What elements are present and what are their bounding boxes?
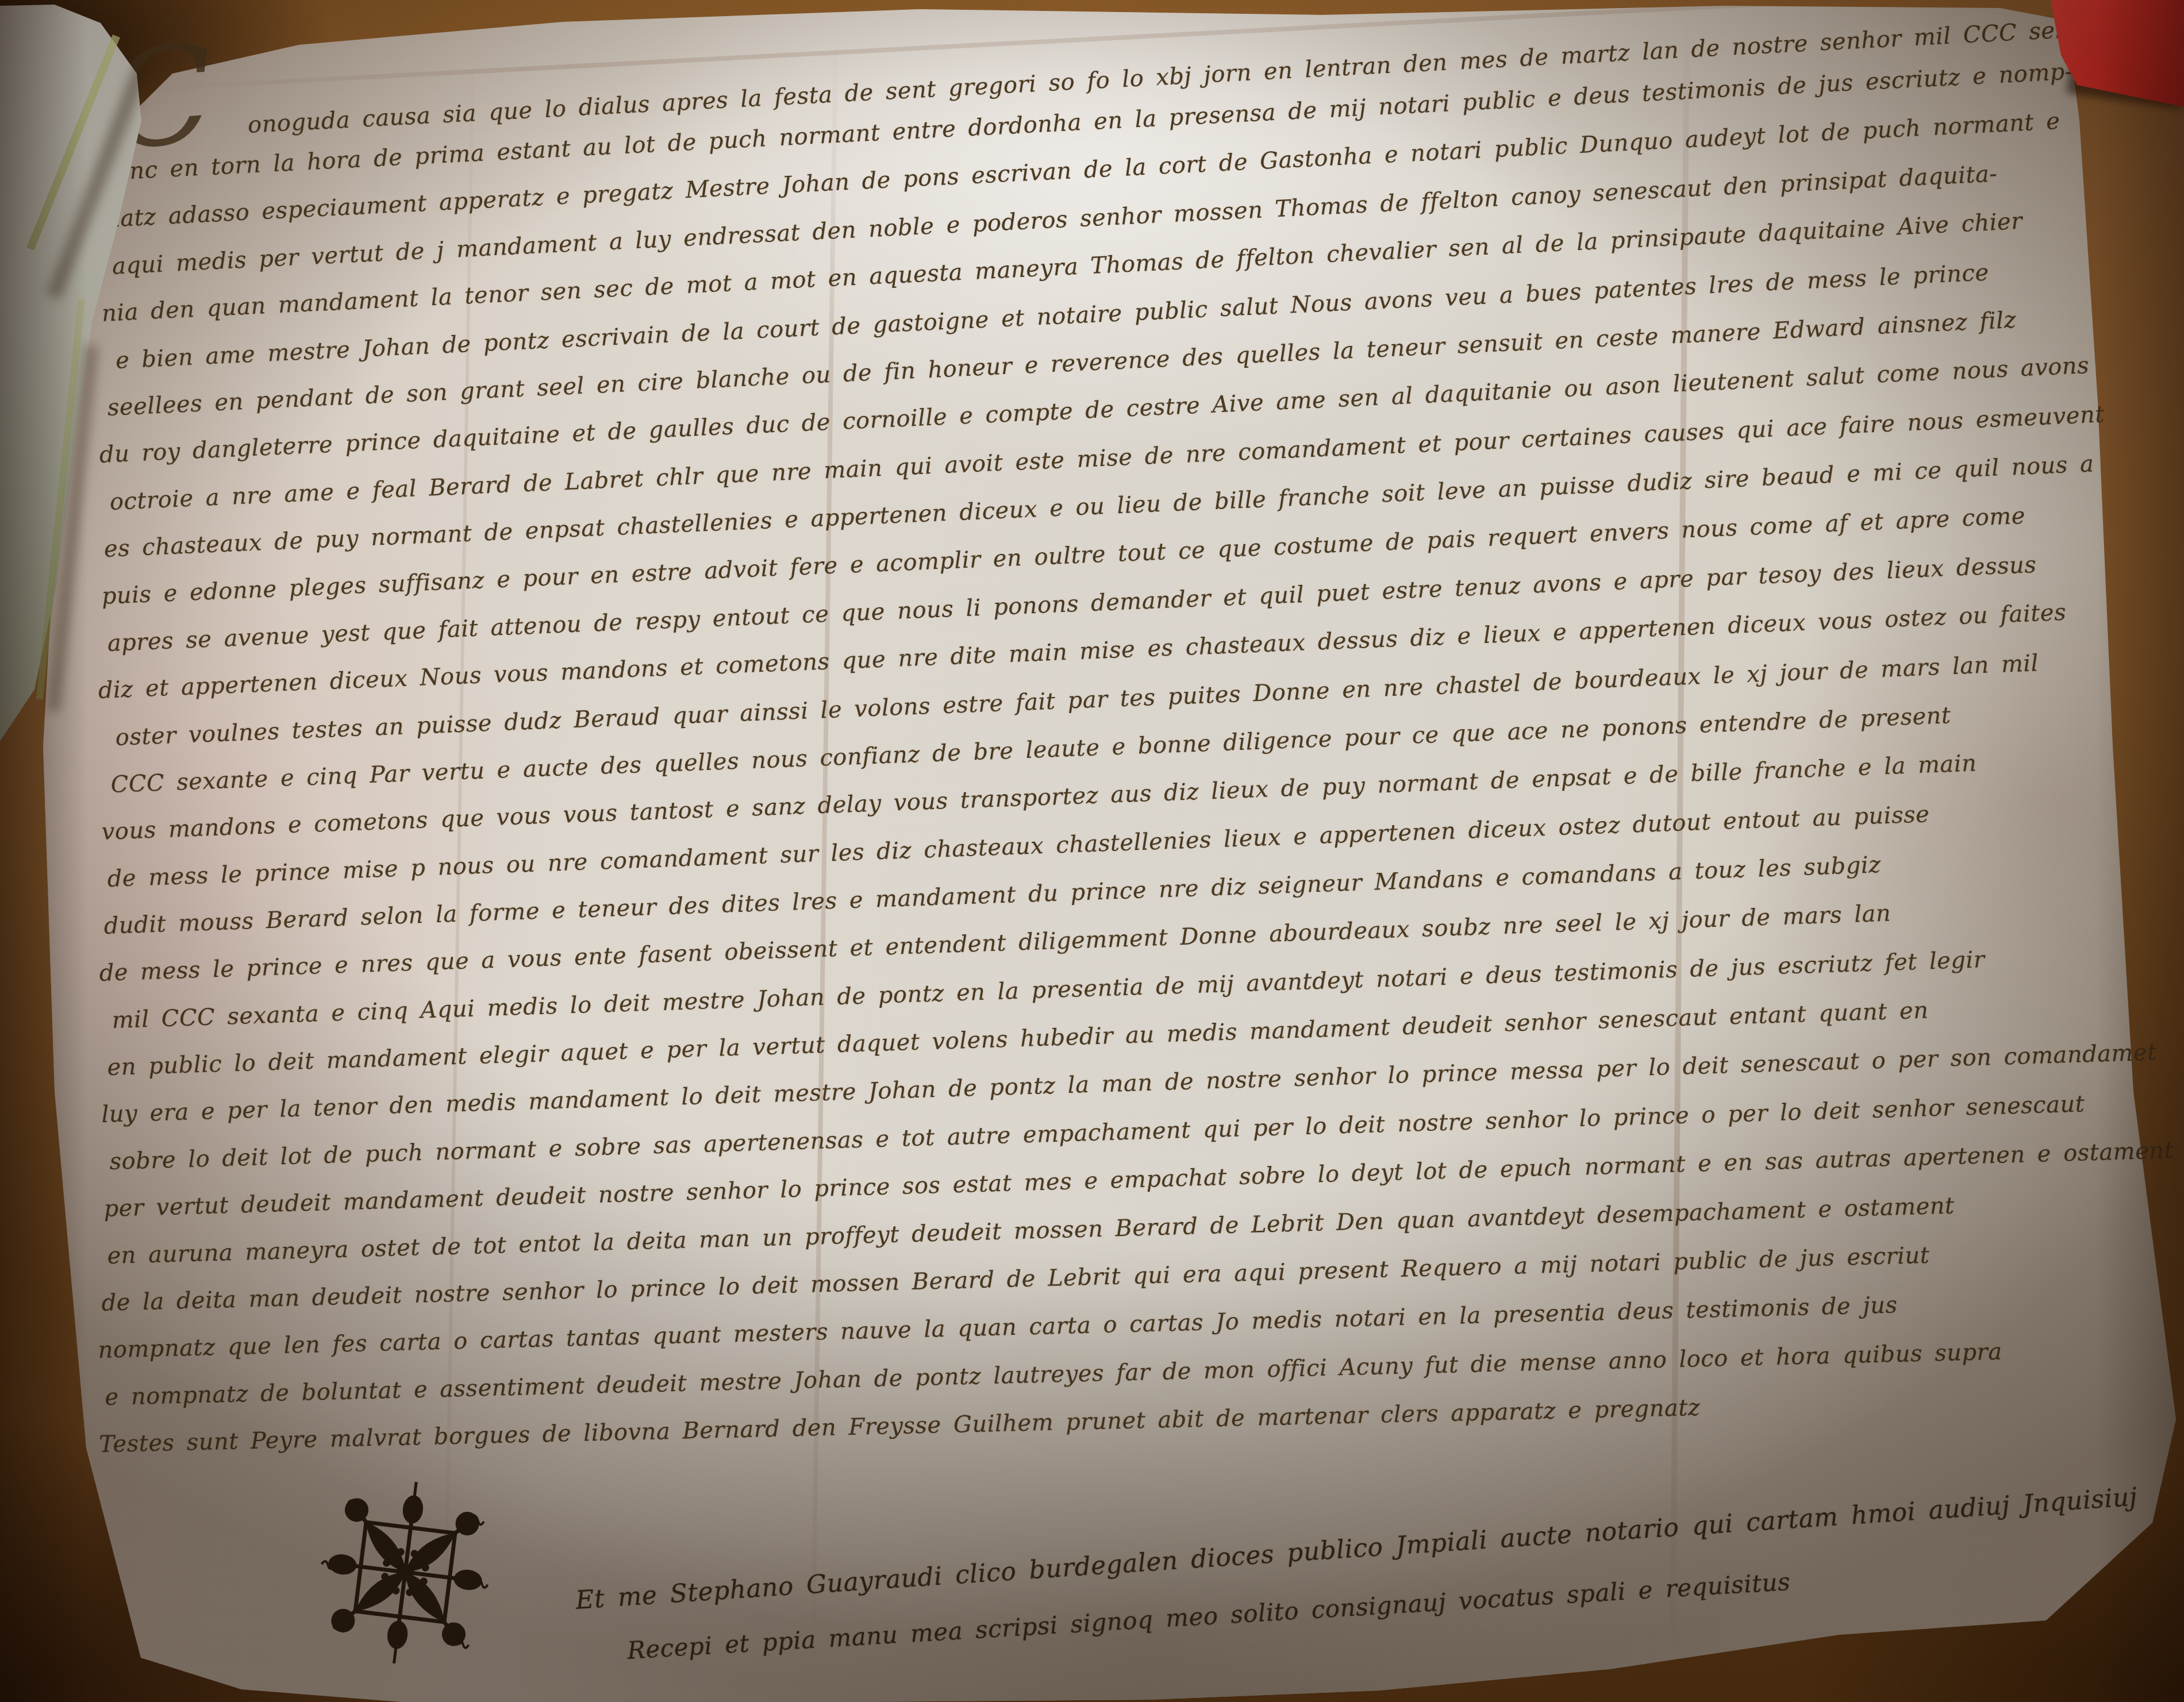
notarial-sign-icon [317,1476,493,1669]
manuscript-photo: { "scene": { "description": "Photograph … [0,0,2184,1702]
